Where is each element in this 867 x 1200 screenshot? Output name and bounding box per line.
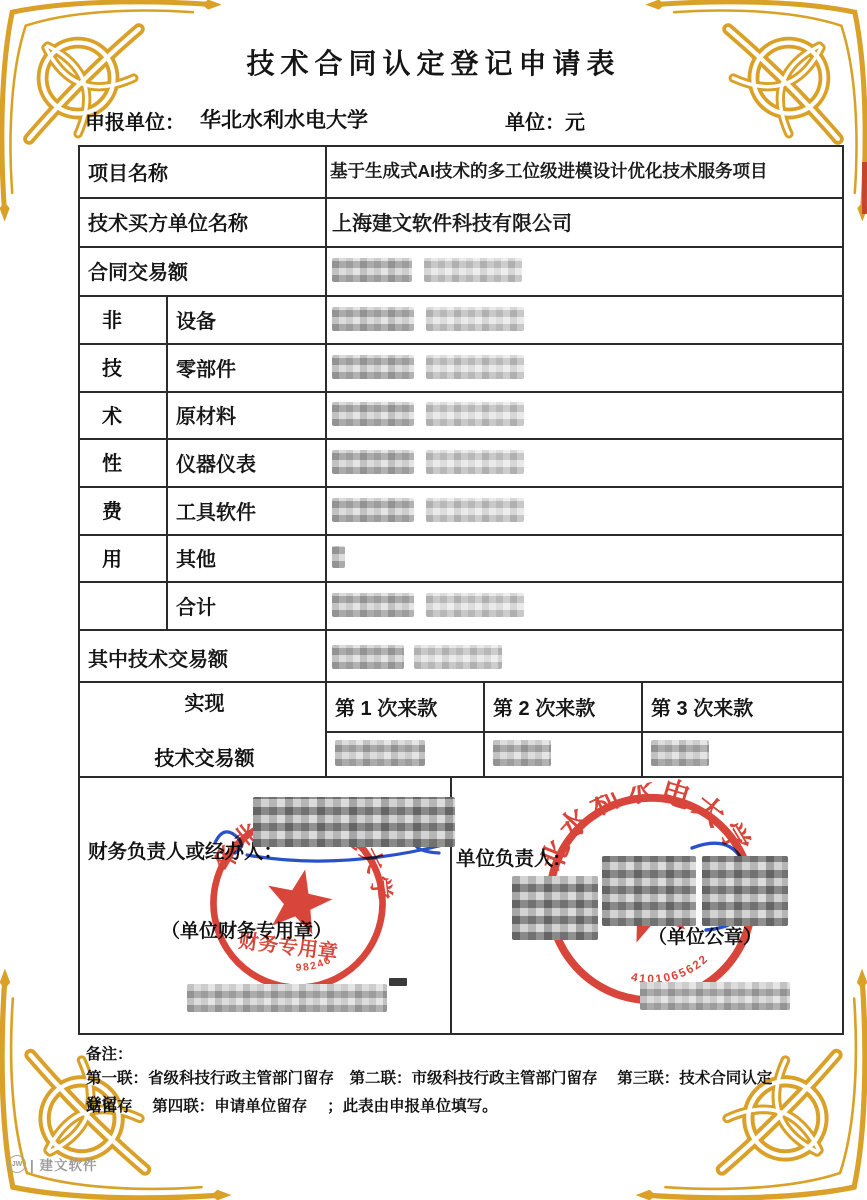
- redacted-signature: [702, 856, 788, 926]
- redacted-payment-2: [493, 740, 551, 766]
- payment-col-header: 第 1 次来款: [335, 683, 475, 729]
- fee-row-label: 仪器仪表: [176, 440, 316, 484]
- fee-row-label: 其他: [176, 535, 316, 579]
- fee-vertical-char: 术: [84, 400, 140, 429]
- grid-line: [325, 731, 844, 733]
- grid-line: [325, 145, 327, 776]
- fee-row-label: 工具软件: [176, 488, 316, 532]
- fee-row-label: 合计: [176, 583, 316, 627]
- fee-vertical-char: 性: [84, 447, 140, 476]
- redacted-fee-words: [426, 450, 524, 474]
- redacted-contract-amount: [332, 258, 412, 282]
- redacted-fee-value: [332, 402, 414, 426]
- fee-vertical-char: 非: [84, 304, 140, 333]
- grid-line: [78, 629, 844, 631]
- payment-col-header: 第 2 次来款: [493, 683, 633, 729]
- redacted-payment-1: [335, 740, 425, 766]
- fee-row-label: 原材料: [176, 392, 316, 436]
- redacted-fee-value: [332, 498, 414, 522]
- redacted-fee-words: [426, 593, 524, 617]
- form-title: 技术合同认定登记申请表: [0, 42, 867, 82]
- fee-vertical-char: 费: [84, 495, 140, 524]
- redacted-tech-amount-words: [414, 645, 502, 669]
- buyer-value: 上海建文软件科技有限公司: [332, 198, 832, 244]
- contract-amount-label: 合同交易额: [88, 248, 318, 293]
- redacted-fee-value: [332, 307, 414, 331]
- seal-star-icon: [260, 863, 337, 937]
- payment-col-header: 第 3 次来款: [651, 683, 801, 729]
- redacted-contract-amount-words: [424, 258, 522, 282]
- buyer-label: 技术买方单位名称: [88, 199, 318, 244]
- scan-red-edge-artifact: [862, 162, 867, 214]
- grid-line: [641, 681, 643, 776]
- redacted-fee-words: [426, 307, 524, 331]
- fee-vertical-char: 技: [84, 352, 140, 381]
- tech-amount-label: 其中技术交易额: [88, 637, 323, 677]
- redacted-fee-words: [426, 498, 524, 522]
- fee-vertical-char: 用: [84, 543, 140, 572]
- project-name-label: 项目名称: [88, 147, 318, 195]
- notes-line-2: 站留存 第四联：申请单位留存 ；此表由申报单位填写。: [86, 1094, 786, 1120]
- redacted-date: [640, 982, 790, 1010]
- grid-line: [483, 681, 485, 776]
- payments-label-line1: 实现: [185, 687, 225, 716]
- project-name-value: 基于生成式AI技术的多工位级进模设计优化技术服务项目: [330, 146, 840, 196]
- vendor-watermark: JW | 建文软件: [8, 1154, 98, 1174]
- redacted-handwriting: [253, 797, 455, 847]
- payments-label-line2: 技术交易额: [155, 742, 255, 771]
- fee-row-label: 设备: [176, 297, 316, 341]
- redacted-tech-amount: [332, 645, 404, 669]
- currency-unit-label: 单位：元: [505, 106, 585, 135]
- redacted-date: [187, 984, 387, 1012]
- redacted-signature: [602, 856, 696, 926]
- redacted-fee-value: [332, 450, 414, 474]
- redacted-payment-3: [651, 740, 709, 766]
- vendor-name: | 建文软件: [30, 1154, 98, 1174]
- declarer-label: 申报单位：: [85, 106, 185, 135]
- payments-row-label: 实现 技术交易额: [86, 687, 323, 771]
- vendor-logo-icon: JW: [8, 1155, 26, 1173]
- notes-title: 备注：: [86, 1042, 133, 1064]
- redacted-fee-value: [332, 355, 414, 379]
- redacted-fee-value-small: [332, 546, 345, 568]
- grid-line: [166, 295, 168, 629]
- scan-ink-mark: [389, 978, 407, 986]
- redacted-fee-value: [332, 593, 414, 617]
- redacted-fee-words: [426, 355, 524, 379]
- declarer-value: 华北水利水电大学: [200, 104, 368, 134]
- redacted-signature: [512, 876, 598, 940]
- redacted-fee-words: [426, 402, 524, 426]
- fee-row-label: 零部件: [176, 345, 316, 389]
